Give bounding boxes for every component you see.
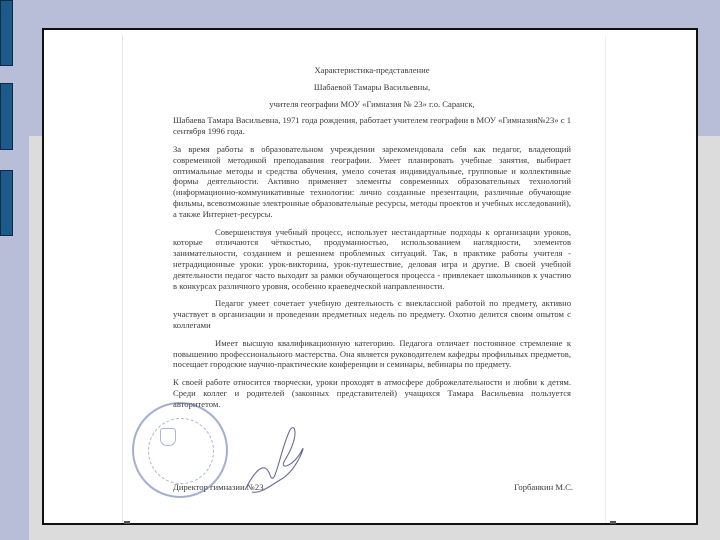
side-bar-decoration	[0, 0, 13, 66]
paragraph: К своей работе относится творчески, урок…	[173, 377, 571, 409]
paragraph: Педагог умеет сочетает учебную деятельно…	[173, 298, 571, 330]
side-bar-decoration	[0, 170, 13, 236]
edge-marker	[124, 521, 130, 524]
title-line: учителя географии МОУ «Гимназия № 23» г.…	[173, 99, 571, 110]
official-stamp-icon	[132, 402, 228, 498]
handwritten-signature-icon	[240, 420, 310, 500]
paragraph: Совершенствуя учебный процесс, используе…	[173, 227, 571, 292]
side-bar-decoration	[0, 83, 13, 150]
document-body: Характеристика-представление Шабаевой Та…	[173, 65, 571, 417]
edge-marker	[610, 521, 616, 524]
title-line: Шабаевой Тамары Васильевны,	[173, 82, 571, 93]
title-line: Характеристика-представление	[173, 65, 571, 76]
paragraph: Шабаева Тамара Васильевна, 1971 года рож…	[173, 115, 571, 137]
paragraph: Имеет высшую квалификационную категорию.…	[173, 338, 571, 370]
signatory-name: Горбанкин М.С.	[514, 482, 573, 492]
document-title: Характеристика-представление Шабаевой Та…	[173, 65, 571, 109]
paragraph: За время работы в образовательном учрежд…	[173, 144, 571, 220]
